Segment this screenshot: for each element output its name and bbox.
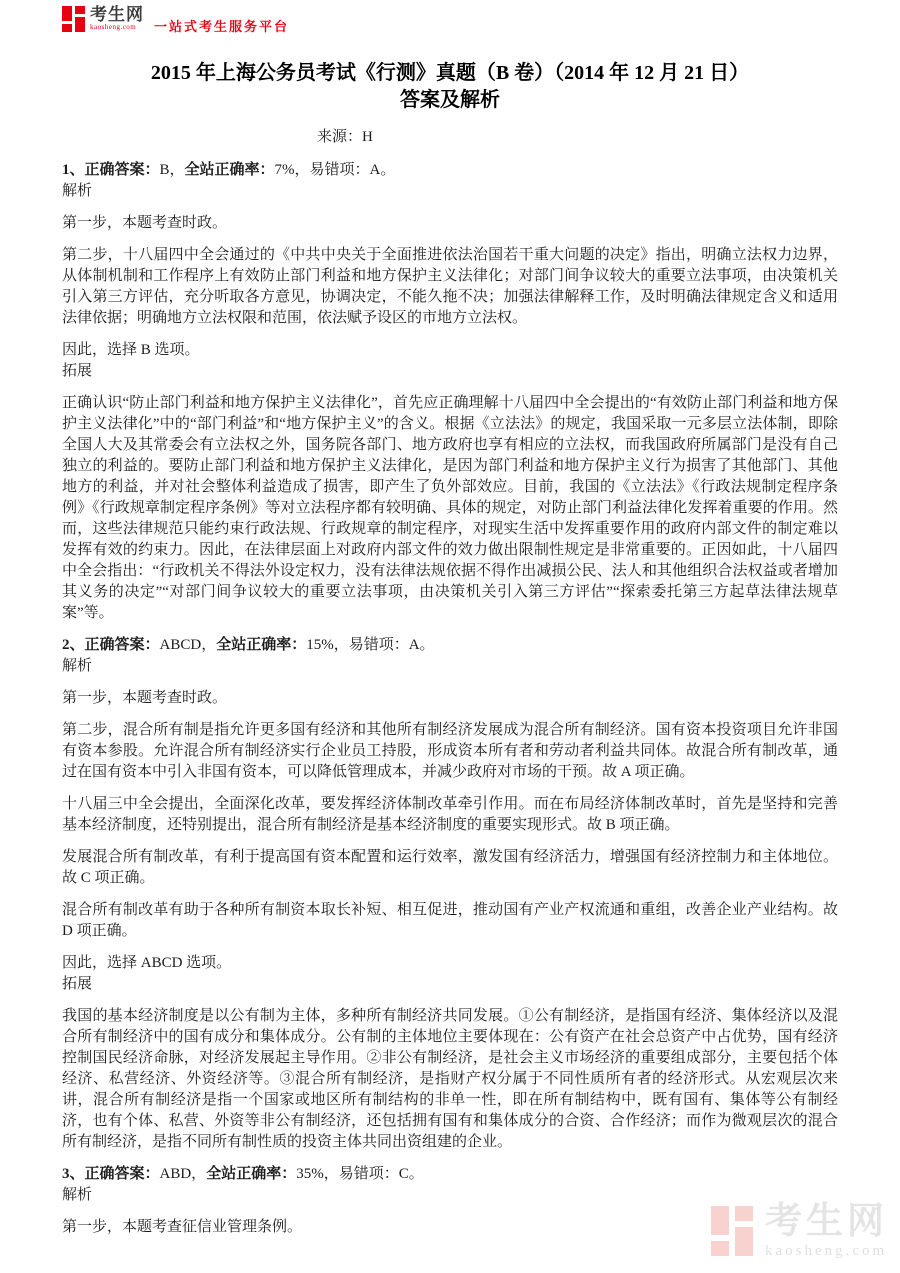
q2-analysis-label: 解析: [62, 656, 838, 677]
q1-answer-line: 1、正确答案：B，全站正确率：7%，易错项：A。: [62, 160, 838, 181]
q2-paragraph: 第二步，混合所有制是指允许更多国有经济和其他所有制经济发展成为混合所有制经济。国…: [62, 720, 838, 783]
q1-conclusion-block: 因此，选择 B 选项。 拓展: [62, 340, 838, 382]
q2-expand-paragraph: 我国的基本经济制度是以公有制为主体，多种所有制经济共同发展。①公有制经济，是指国…: [62, 1006, 838, 1153]
q3-header-block: 3、正确答案：ABD，全站正确率：35%，易错项：C。 解析: [62, 1164, 838, 1206]
brand-text: 考生网 kaosheng.com: [90, 6, 144, 31]
title-line-2: 答案及解析: [62, 87, 838, 114]
q3-answer-line: 3、正确答案：ABD，全站正确率：35%，易错项：C。: [62, 1164, 838, 1185]
watermark: 考生网 kaosheng.com: [711, 1203, 888, 1259]
q2-conclusion: 因此，选择 ABCD 选项。: [62, 953, 838, 974]
q2-expand-label: 拓展: [62, 974, 838, 995]
title-line-1: 2015 年上海公务员考试《行测》真题（B 卷）（2014 年 12 月 21 …: [62, 60, 838, 87]
q1-paragraph: 第二步，十八届四中全会通过的《中共中央关于全面推进依法治国若干重大问题的决定》指…: [62, 245, 838, 329]
q2-answer-line: 2、正确答案：ABCD，全站正确率：15%，易错项：A。: [62, 635, 838, 656]
watermark-brand-domain: kaosheng.com: [765, 1244, 888, 1259]
q2-paragraph: 第一步，本题考查时政。: [62, 688, 838, 709]
q2-rate-value: 15%，易错项：A。: [306, 637, 434, 653]
brand-domain: kaosheng.com: [90, 24, 144, 31]
document-title: 2015 年上海公务员考试《行测》真题（B 卷）（2014 年 12 月 21 …: [62, 60, 838, 114]
brand-tagline: 一站式考生服务平台: [154, 16, 289, 35]
q1-conclusion: 因此，选择 B 选项。: [62, 340, 838, 361]
source-line: 来源：H: [317, 127, 838, 147]
watermark-text: 考生网 kaosheng.com: [765, 1203, 888, 1259]
answers-content: 1、正确答案：B，全站正确率：7%，易错项：A。 解析 第一步，本题考查时政。 …: [62, 160, 838, 1238]
q2-paragraph: 混合所有制改革有助于各种所有制资本取长补短、相互促进，推动国有产业产权流通和重组…: [62, 900, 838, 942]
q1-answer-value: B，: [160, 162, 185, 178]
document-page: 考生网 kaosheng.com 一站式考生服务平台 2015 年上海公务员考试…: [0, 0, 900, 1238]
q2-number-answer-label: 2、正确答案：: [62, 637, 160, 653]
q3-rate-value: 35%，易错项：C。: [296, 1166, 424, 1182]
q3-number-answer-label: 3、正确答案：: [62, 1166, 160, 1182]
q2-rate-label: 全站正确率：: [216, 637, 306, 653]
q2-header-block: 2、正确答案：ABCD，全站正确率：15%，易错项：A。 解析: [62, 635, 838, 677]
q1-number-answer-label: 1、正确答案：: [62, 162, 160, 178]
q2-paragraph: 发展混合所有制改革，有利于提高国有资本配置和运行效率，激发国有经济活力，增强国有…: [62, 847, 838, 889]
q1-rate-label: 全站正确率：: [185, 162, 275, 178]
q2-answer-value: ABCD，: [160, 637, 217, 653]
q1-header-block: 1、正确答案：B，全站正确率：7%，易错项：A。 解析: [62, 160, 838, 202]
kaosheng-logo-icon: [62, 6, 85, 32]
q2-conclusion-block: 因此，选择 ABCD 选项。 拓展: [62, 953, 838, 995]
watermark-brand-name: 考生网: [765, 1203, 888, 1240]
q1-expand-label: 拓展: [62, 361, 838, 382]
q3-rate-label: 全站正确率：: [206, 1166, 296, 1182]
brand-name: 考生网: [90, 6, 144, 23]
q1-paragraph: 第一步，本题考查时政。: [62, 213, 838, 234]
q2-paragraph: 十八届三中全会提出，全面深化改革，要发挥经济体制改革牵引作用。而在布局经济体制改…: [62, 794, 838, 836]
q1-analysis-label: 解析: [62, 181, 838, 202]
header-brand: 考生网 kaosheng.com 一站式考生服务平台: [62, 6, 838, 40]
kaosheng-watermark-icon: [711, 1206, 753, 1256]
q1-rate-value: 7%，易错项：A。: [275, 162, 396, 178]
q1-expand-paragraph: 正确认识“防止部门利益和地方保护主义法律化”，首先应正确理解十八届四中全会提出的…: [62, 393, 838, 624]
q3-answer-value: ABD，: [160, 1166, 207, 1182]
